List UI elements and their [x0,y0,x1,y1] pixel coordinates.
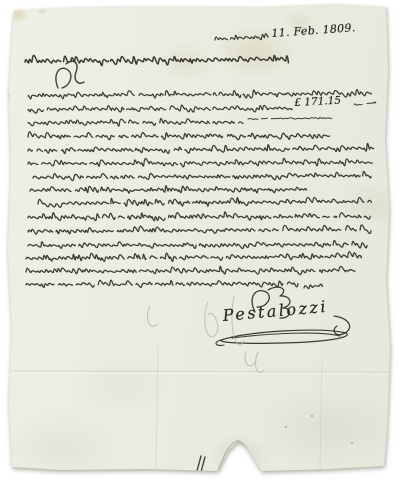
pencil-scribble [256,352,264,373]
fold-crease-horizontal [10,371,388,372]
paper-speck [311,415,313,417]
fold-crease-vertical-right [320,358,322,469]
pen-mark [197,456,205,472]
handwriting-line-body [28,240,367,248]
handwriting-line-dash [248,117,332,119]
handwriting-line-body [26,280,298,287]
address-flourish [56,61,84,88]
handwriting-line-body [26,266,355,274]
torn-hole-edge [218,441,261,471]
handwriting-line-body [28,225,371,234]
handwriting-line-body [28,119,243,127]
fold-crease-vertical-left [156,346,158,468]
handwriting-line-address [25,55,288,65]
paper-speck [285,426,287,428]
handwriting-line-dash [354,102,376,105]
handwriting-layer [0,0,400,486]
handwriting-line-paraph [304,284,323,288]
paper-speck [9,35,11,37]
letter-scan: 11. Feb. 1809. £ 171.15 Pestalozzi [0,0,400,486]
scanned-letter: 11. Feb. 1809. £ 171.15 Pestalozzi [0,0,400,486]
paper-speck [8,95,10,97]
handwriting-line-body [28,212,370,221]
handwriting-line-body [28,132,330,140]
handwriting-line-body [28,144,374,154]
pencil-scribble [205,302,218,337]
pencil-scribble [148,306,157,326]
handwriting-line-body [28,158,372,167]
handwriting-line-date-scribble [215,34,268,40]
handwriting-line-body [26,252,361,262]
letter-paper: 11. Feb. 1809. £ 171.15 Pestalozzi [0,0,400,486]
pencil-scribble [245,352,255,366]
amount-text: £ 171.15 [294,95,341,109]
handwriting-line-body [28,105,292,113]
fold-crease-highlight [10,373,388,374]
handwriting-line-body [33,171,371,180]
handwriting-line-body [30,186,306,193]
paper-speck [9,150,11,152]
paper-speck [351,442,353,444]
handwriting-line-body [38,197,371,207]
